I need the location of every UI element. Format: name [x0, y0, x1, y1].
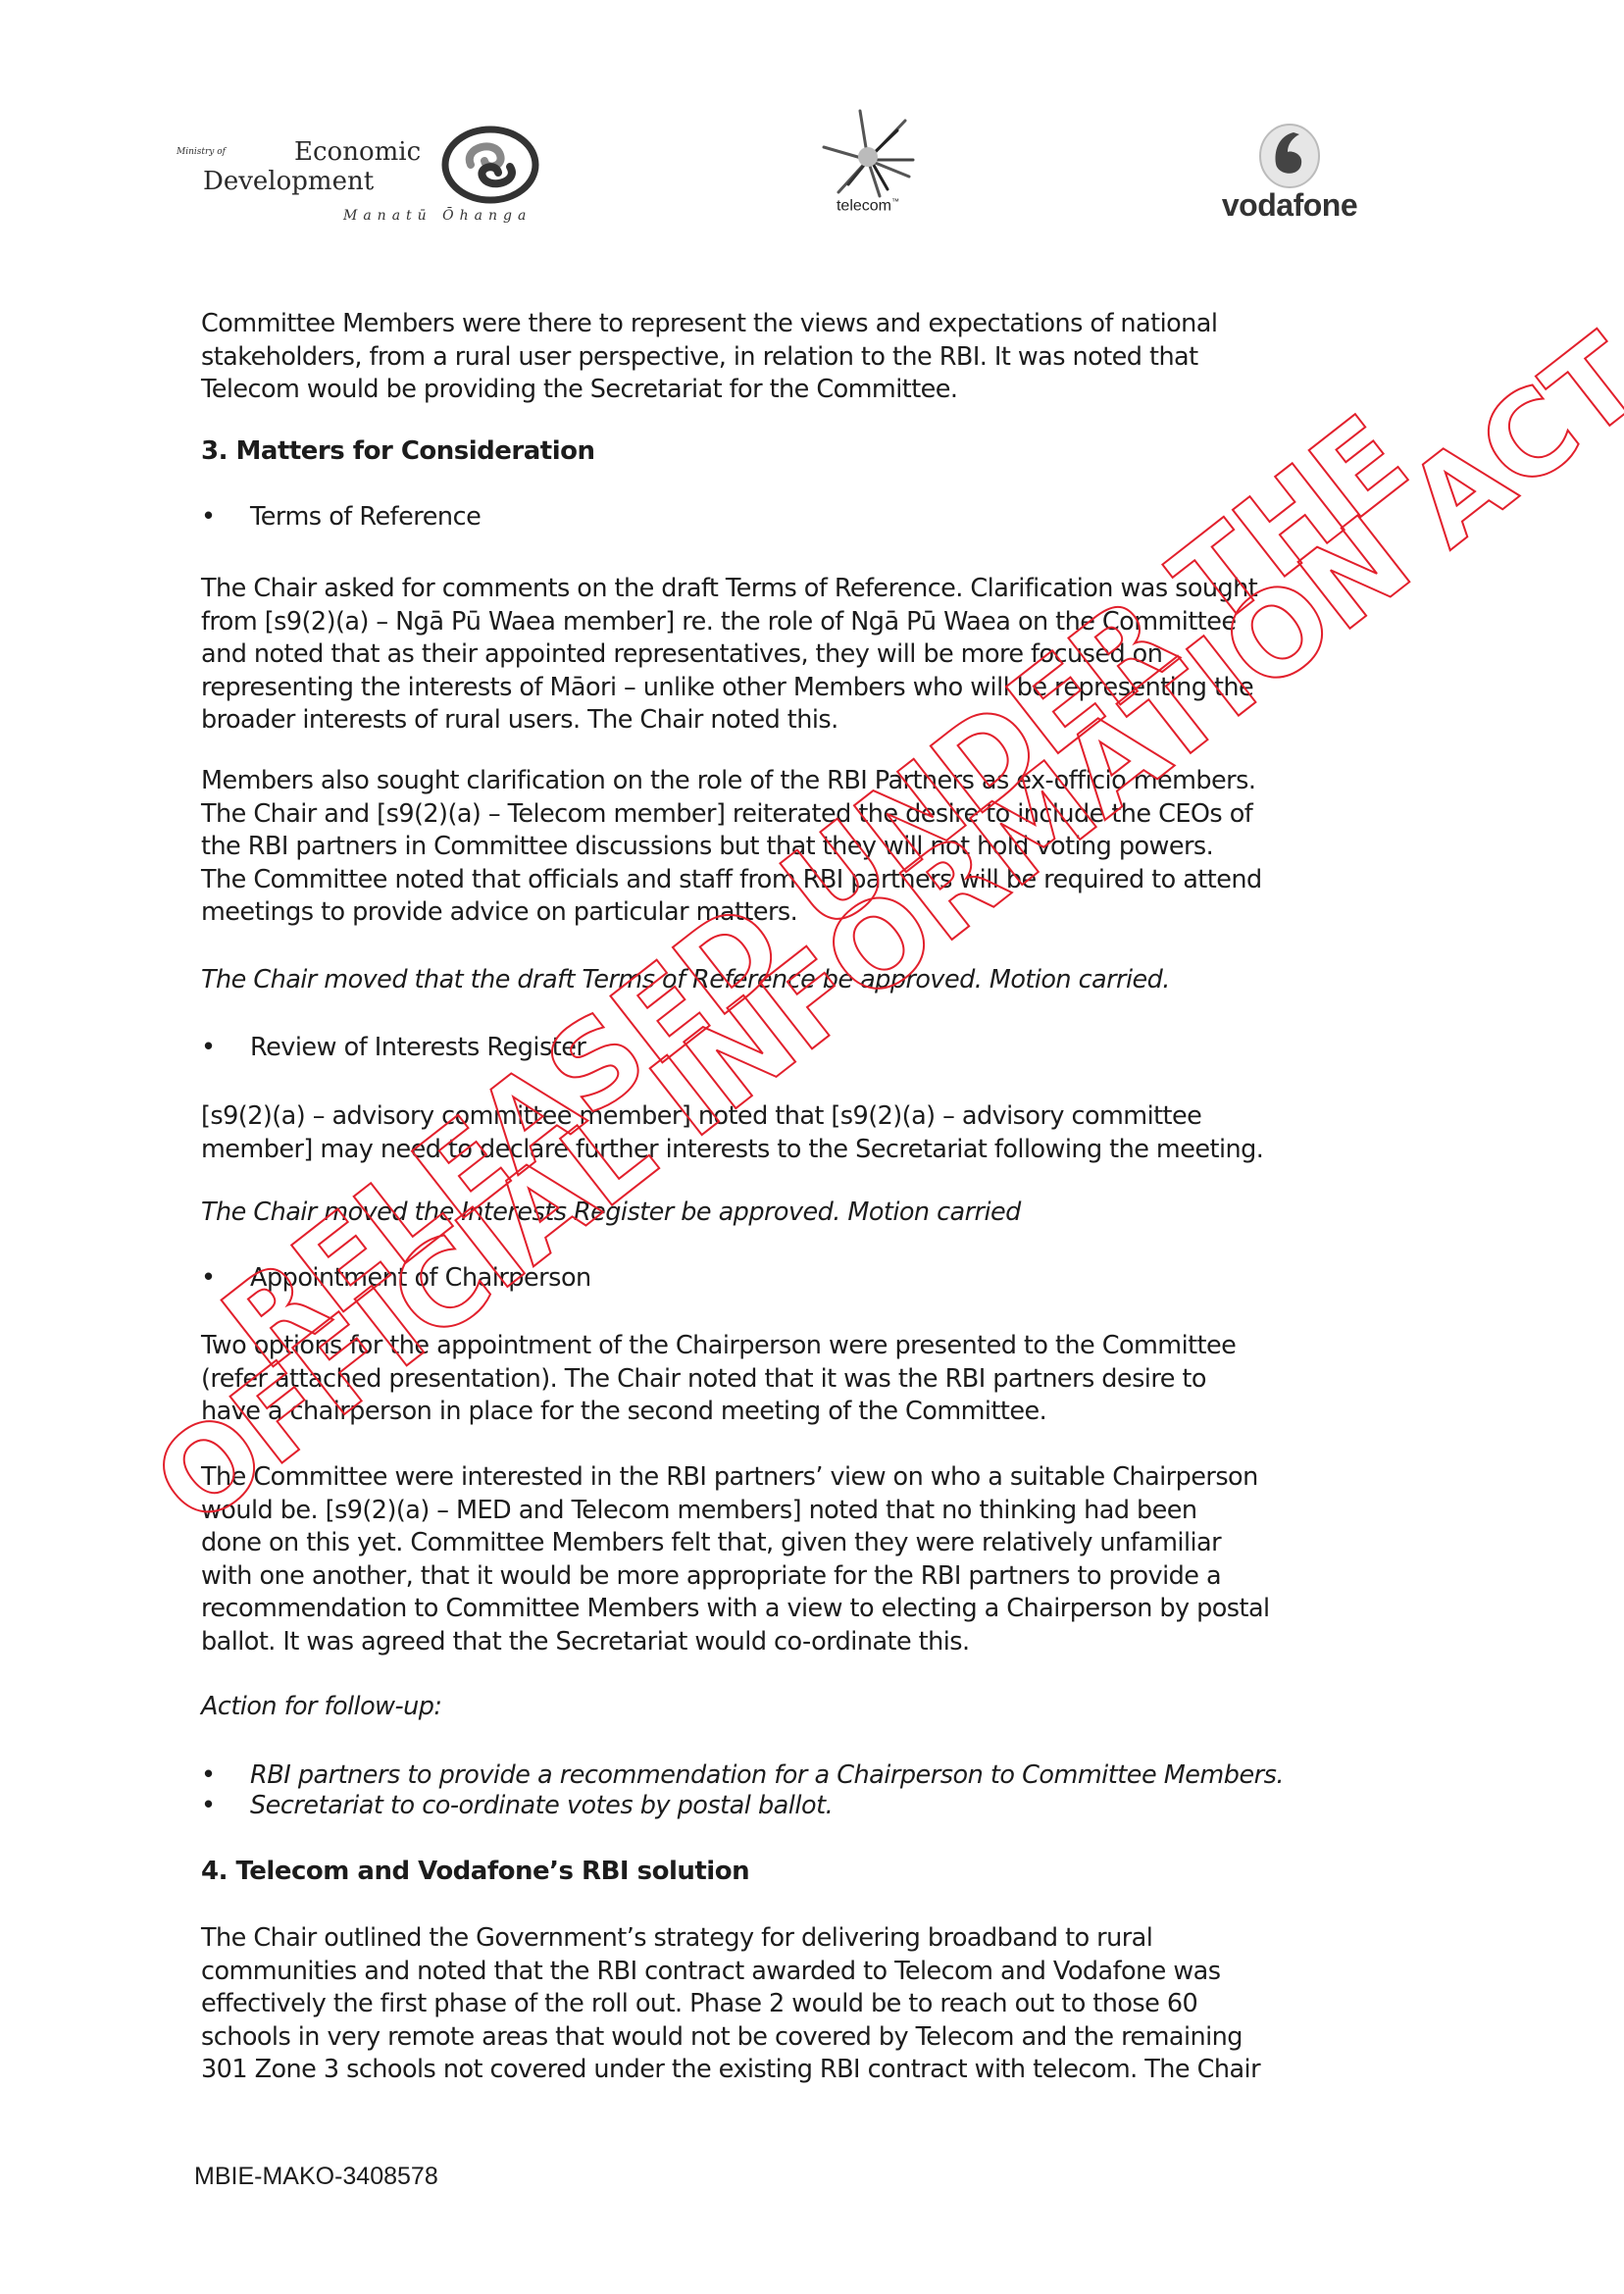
- bullet-icon: •: [201, 1033, 250, 1062]
- section-heading-3: 3. Matters for Consideration: [201, 436, 595, 466]
- section-heading-4: 4. Telecom and Vodafone’s RBI solution: [201, 1857, 749, 1886]
- text-line: from [s9(2)(a) – Ngā Pū Waea member] re.…: [201, 606, 1466, 639]
- text-line: would be. [s9(2)(a) – MED and Telecom me…: [201, 1495, 1466, 1528]
- action-label: Action for follow-up:: [201, 1691, 1466, 1724]
- text-line: The Committee noted that officials and s…: [201, 864, 1466, 897]
- text-line: stakeholders, from a rural user perspect…: [201, 341, 1466, 375]
- telecom-tm: ™: [891, 197, 899, 206]
- action-item: •Secretariat to co-ordinate votes by pos…: [201, 1791, 833, 1820]
- text-line: Two options for the appointment of the C…: [201, 1330, 1466, 1363]
- text-line: have a chairperson in place for the seco…: [201, 1396, 1466, 1429]
- text-line: member] may need to declare further inte…: [201, 1134, 1466, 1167]
- telecom-label: telecom: [837, 197, 891, 214]
- document-page: Ministry of Economic Development Manatū …: [0, 0, 1624, 2294]
- telecom-wordmark: telecom™: [814, 197, 922, 215]
- telecom-star-icon: [819, 106, 917, 199]
- bullet-interests-register: •Review of Interests Register: [201, 1033, 585, 1062]
- med-development: Development: [203, 167, 374, 196]
- chair-paragraph-1: Two options for the appointment of the C…: [201, 1330, 1466, 1429]
- telecom-logo: telecom™: [814, 106, 922, 224]
- vodafone-wordmark: vodafone: [1201, 187, 1378, 224]
- text-line: meetings to provide advice on particular…: [201, 896, 1466, 930]
- action-text: RBI partners to provide a recommendation…: [250, 1760, 1284, 1790]
- text-line: done on this yet. Committee Members felt…: [201, 1527, 1466, 1560]
- text-line: The Chair asked for comments on the draf…: [201, 573, 1466, 606]
- text-line: Telecom would be providing the Secretari…: [201, 374, 1466, 407]
- bullet-icon: •: [201, 1791, 250, 1820]
- intro-paragraph: Committee Members were there to represen…: [201, 308, 1466, 407]
- text-line: representing the interests of Māori – un…: [201, 672, 1466, 705]
- text-line: (refer attached presentation). The Chair…: [201, 1363, 1466, 1397]
- section4-paragraph: The Chair outlined the Government’s stra…: [201, 1922, 1466, 2087]
- terms-paragraph-1: The Chair asked for comments on the draf…: [201, 573, 1466, 738]
- bullet-label: Terms of Reference: [250, 502, 481, 532]
- chair-paragraph-2: The Committee were interested in the RBI…: [201, 1461, 1466, 1658]
- text-line: The Committee were interested in the RBI…: [201, 1461, 1466, 1495]
- text-line: effectively the first phase of the roll …: [201, 1988, 1466, 2021]
- med-maori-name: Manatū Ōhanga: [343, 208, 532, 224]
- bullet-label: Review of Interests Register: [250, 1033, 585, 1062]
- text-line: the RBI partners in Committee discussion…: [201, 831, 1466, 864]
- text-line: Committee Members were there to represen…: [201, 308, 1466, 341]
- text-line: broader interests of rural users. The Ch…: [201, 704, 1466, 738]
- koru-icon: [441, 126, 539, 204]
- action-text: Secretariat to co-ordinate votes by post…: [250, 1791, 833, 1820]
- text-line: The Chair and [s9(2)(a) – Telecom member…: [201, 798, 1466, 832]
- bullet-icon: •: [201, 502, 250, 532]
- text-line: recommendation to Committee Members with…: [201, 1593, 1466, 1626]
- vodafone-logo: vodafone: [1201, 123, 1378, 240]
- document-id: MBIE-MAKO-3408578: [194, 2163, 438, 2191]
- text-line: schools in very remote areas that would …: [201, 2021, 1466, 2055]
- med-economic: Economic: [294, 137, 421, 167]
- text-line: Members also sought clarification on the…: [201, 765, 1466, 798]
- text-line: [s9(2)(a) – advisory committee member] n…: [201, 1100, 1466, 1134]
- med-logo: Ministry of Economic Development Manatū …: [177, 118, 569, 235]
- med-ministry-of: Ministry of: [177, 147, 226, 157]
- terms-paragraph-2: Members also sought clarification on the…: [201, 765, 1466, 930]
- terms-motion: The Chair moved that the draft Terms of …: [201, 964, 1466, 997]
- bullet-icon: •: [201, 1263, 250, 1293]
- text-line: with one another, that it would be more …: [201, 1560, 1466, 1594]
- bullet-icon: •: [201, 1760, 250, 1790]
- text-line: communities and noted that the RBI contr…: [201, 1956, 1466, 1989]
- vodafone-speechmark-icon: [1258, 123, 1321, 189]
- action-item: •RBI partners to provide a recommendatio…: [201, 1760, 1284, 1790]
- bullet-terms-of-reference: •Terms of Reference: [201, 502, 481, 532]
- interests-paragraph: [s9(2)(a) – advisory committee member] n…: [201, 1100, 1466, 1166]
- interests-motion: The Chair moved the Interests Register b…: [201, 1197, 1466, 1230]
- bullet-appointment-chairperson: •Appointment of Chairperson: [201, 1263, 591, 1293]
- text-line: and noted that as their appointed repres…: [201, 638, 1466, 672]
- text-line: 301 Zone 3 schools not covered under the…: [201, 2054, 1466, 2087]
- text-line: The Chair outlined the Government’s stra…: [201, 1922, 1466, 1956]
- text-line: ballot. It was agreed that the Secretari…: [201, 1626, 1466, 1659]
- bullet-label: Appointment of Chairperson: [250, 1263, 591, 1293]
